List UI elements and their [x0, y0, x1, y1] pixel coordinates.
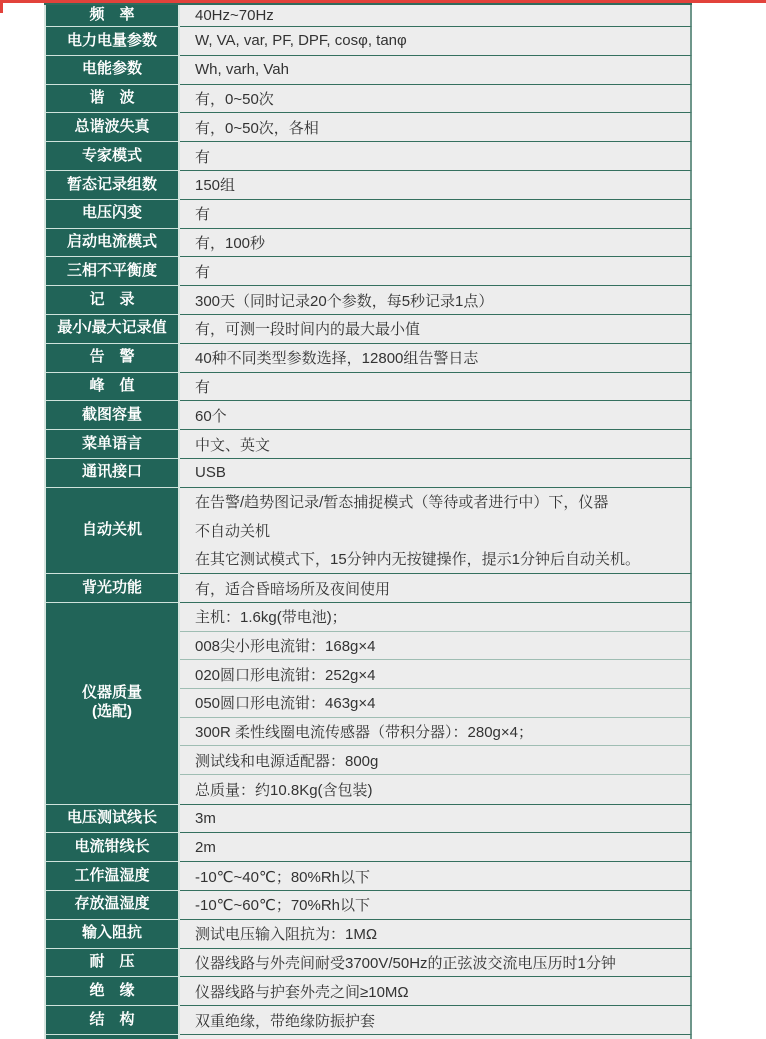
spec-label: 存放温湿度 — [44, 891, 180, 920]
spec-value: 中文、英文 — [180, 430, 692, 459]
spec-label: 截图容量 — [44, 401, 180, 430]
spec-label: 电压闪变 — [44, 200, 180, 229]
table-row: 谐 波 有，0~50次 — [44, 85, 692, 114]
table-row: 结 构 双重绝缘，带绝缘防振护套 — [44, 1006, 692, 1035]
table-row: 专家模式 有 — [44, 142, 692, 171]
table-row: 耐 压 仪器线路与外壳间耐受3700V/50Hz的正弦波交流电压历时1分钟 — [44, 949, 692, 978]
spec-label: 自动关机 — [44, 488, 180, 574]
spec-value: 在告警/趋势图记录/暂态捕捉模式（等待或者进行中）下，仪器 不自动关机 在其它测… — [180, 488, 692, 574]
spec-label: 输入阻抗 — [44, 920, 180, 949]
spec-value: 仪器线路与护套外壳之间≥10MΩ — [180, 977, 692, 1006]
table-row: 工作温湿度 -10℃~40℃；80%Rh以下 — [44, 862, 692, 891]
table-row: 存放温湿度 -10℃~60℃；70%Rh以下 — [44, 891, 692, 920]
spec-value-line: 300R 柔性线圈电流传感器（带积分器）：280g×4； — [180, 718, 690, 747]
spec-label — [44, 1035, 180, 1039]
spec-label: 启动电流模式 — [44, 229, 180, 258]
table-row: 电压闪变 有 — [44, 200, 692, 229]
spec-value: 60个 — [180, 401, 692, 430]
table-row: 通讯接口 USB — [44, 459, 692, 488]
table-row: 电力电量参数 W, VA, var, PF, DPF, cosφ, tanφ — [44, 27, 692, 56]
spec-label: 记 录 — [44, 286, 180, 315]
table-row: 背光功能 有，适合昏暗场所及夜间使用 — [44, 574, 692, 603]
spec-label: 谐 波 — [44, 85, 180, 114]
spec-value: 仪器线路与外壳间耐受3700V/50Hz的正弦波交流电压历时1分钟 — [180, 949, 692, 978]
spec-value: 40Hz~70Hz — [180, 5, 692, 27]
spec-value: 2m — [180, 833, 692, 862]
spec-value-line: 050圆口形电流钳：463g×4 — [180, 689, 690, 718]
top-accent-bar — [0, 0, 766, 3]
spec-label: 仪器质量 (选配) — [44, 603, 180, 805]
spec-label: 通讯接口 — [44, 459, 180, 488]
spec-value: 40种不同类型参数选择，12800组告警日志 — [180, 344, 692, 373]
spec-value: 有 — [180, 373, 692, 402]
spec-label-line1: 仪器质量 — [82, 684, 142, 703]
spec-label: 耐 压 — [44, 949, 180, 978]
spec-value: 有，0~50次 — [180, 85, 692, 114]
spec-label: 频 率 — [44, 5, 180, 27]
table-row-cutoff — [44, 1035, 692, 1039]
spec-label-line2: (选配) — [92, 703, 132, 722]
table-row: 最小/最大记录值 有，可测一段时间内的最大最小值 — [44, 315, 692, 344]
spec-label: 告 警 — [44, 344, 180, 373]
spec-label: 暂态记录组数 — [44, 171, 180, 200]
spec-label: 电压测试线长 — [44, 805, 180, 834]
spec-label: 总谐波失真 — [44, 113, 180, 142]
spec-label: 最小/最大记录值 — [44, 315, 180, 344]
table-row: 记 录 300天（同时记录20个参数，每5秒记录1点） — [44, 286, 692, 315]
spec-value: -10℃~40℃；80%Rh以下 — [180, 862, 692, 891]
spec-value-line: 020圆口形电流钳：252g×4 — [180, 660, 690, 689]
spec-value: 300天（同时记录20个参数，每5秒记录1点） — [180, 286, 692, 315]
table-row: 绝 缘 仪器线路与护套外壳之间≥10MΩ — [44, 977, 692, 1006]
table-row: 电能参数 Wh, varh, Vah — [44, 56, 692, 85]
spec-label: 绝 缘 — [44, 977, 180, 1006]
table-row: 总谐波失真 有，0~50次，各相 — [44, 113, 692, 142]
spec-value: 有，可测一段时间内的最大最小值 — [180, 315, 692, 344]
spec-label: 专家模式 — [44, 142, 180, 171]
table-row: 电压测试线长 3m — [44, 805, 692, 834]
spec-value: 有，适合昏暗场所及夜间使用 — [180, 574, 692, 603]
spec-value-line: 008尖小形电流钳：168g×4 — [180, 632, 690, 661]
spec-label: 电力电量参数 — [44, 27, 180, 56]
spec-value: W, VA, var, PF, DPF, cosφ, tanφ — [180, 27, 692, 56]
spec-value-line: 主机：1.6kg(带电池)； — [180, 603, 690, 632]
top-accent-bar-corner — [0, 0, 3, 13]
spec-value: -10℃~60℃；70%Rh以下 — [180, 891, 692, 920]
table-row: 菜单语言 中文、英文 — [44, 430, 692, 459]
table-row: 峰 值 有 — [44, 373, 692, 402]
table-row: 截图容量 60个 — [44, 401, 692, 430]
spec-value: 有 — [180, 257, 692, 286]
spec-value: 双重绝缘，带绝缘防振护套 — [180, 1006, 692, 1035]
spec-label: 电能参数 — [44, 56, 180, 85]
spec-value: 有 — [180, 200, 692, 229]
spec-value-line: 总质量：约10.8Kg(含包装) — [180, 775, 690, 804]
specification-table: 频 率 40Hz~70Hz 电力电量参数 W, VA, var, PF, DPF… — [44, 3, 692, 1039]
table-row: 暂态记录组数 150组 — [44, 171, 692, 200]
spec-value: 测试电压输入阻抗为：1MΩ — [180, 920, 692, 949]
table-row: 告 警 40种不同类型参数选择，12800组告警日志 — [44, 344, 692, 373]
spec-label: 峰 值 — [44, 373, 180, 402]
spec-label: 菜单语言 — [44, 430, 180, 459]
spec-value: 有，100秒 — [180, 229, 692, 258]
spec-label: 三相不平衡度 — [44, 257, 180, 286]
spec-value-line: 在告警/趋势图记录/暂态捕捉模式（等待或者进行中）下，仪器 — [180, 488, 690, 516]
spec-value: 150组 — [180, 171, 692, 200]
spec-label: 背光功能 — [44, 574, 180, 603]
table-row: 频 率 40Hz~70Hz — [44, 5, 692, 27]
spec-value: 有，0~50次，各相 — [180, 113, 692, 142]
table-row-instrument-weight: 仪器质量 (选配) 主机：1.6kg(带电池)； 008尖小形电流钳：168g×… — [44, 603, 692, 805]
spec-label: 结 构 — [44, 1006, 180, 1035]
table-row: 启动电流模式 有，100秒 — [44, 229, 692, 258]
spec-value: 有 — [180, 142, 692, 171]
spec-value — [180, 1035, 692, 1039]
table-row: 三相不平衡度 有 — [44, 257, 692, 286]
table-row: 电流钳线长 2m — [44, 833, 692, 862]
spec-value-line: 在其它测试模式下，15分钟内无按键操作，提示1分钟后自动关机。 — [180, 545, 690, 573]
spec-value-line: 不自动关机 — [180, 516, 690, 544]
table-row: 输入阻抗 测试电压输入阻抗为：1MΩ — [44, 920, 692, 949]
spec-value: Wh, varh, Vah — [180, 56, 692, 85]
table-row-auto-power-off: 自动关机 在告警/趋势图记录/暂态捕捉模式（等待或者进行中）下，仪器 不自动关机… — [44, 488, 692, 574]
spec-value: 3m — [180, 805, 692, 834]
spec-label: 电流钳线长 — [44, 833, 180, 862]
spec-label: 工作温湿度 — [44, 862, 180, 891]
spec-value-line: 测试线和电源适配器：800g — [180, 746, 690, 775]
spec-value: 主机：1.6kg(带电池)； 008尖小形电流钳：168g×4 020圆口形电流… — [180, 603, 692, 805]
spec-value: USB — [180, 459, 692, 488]
